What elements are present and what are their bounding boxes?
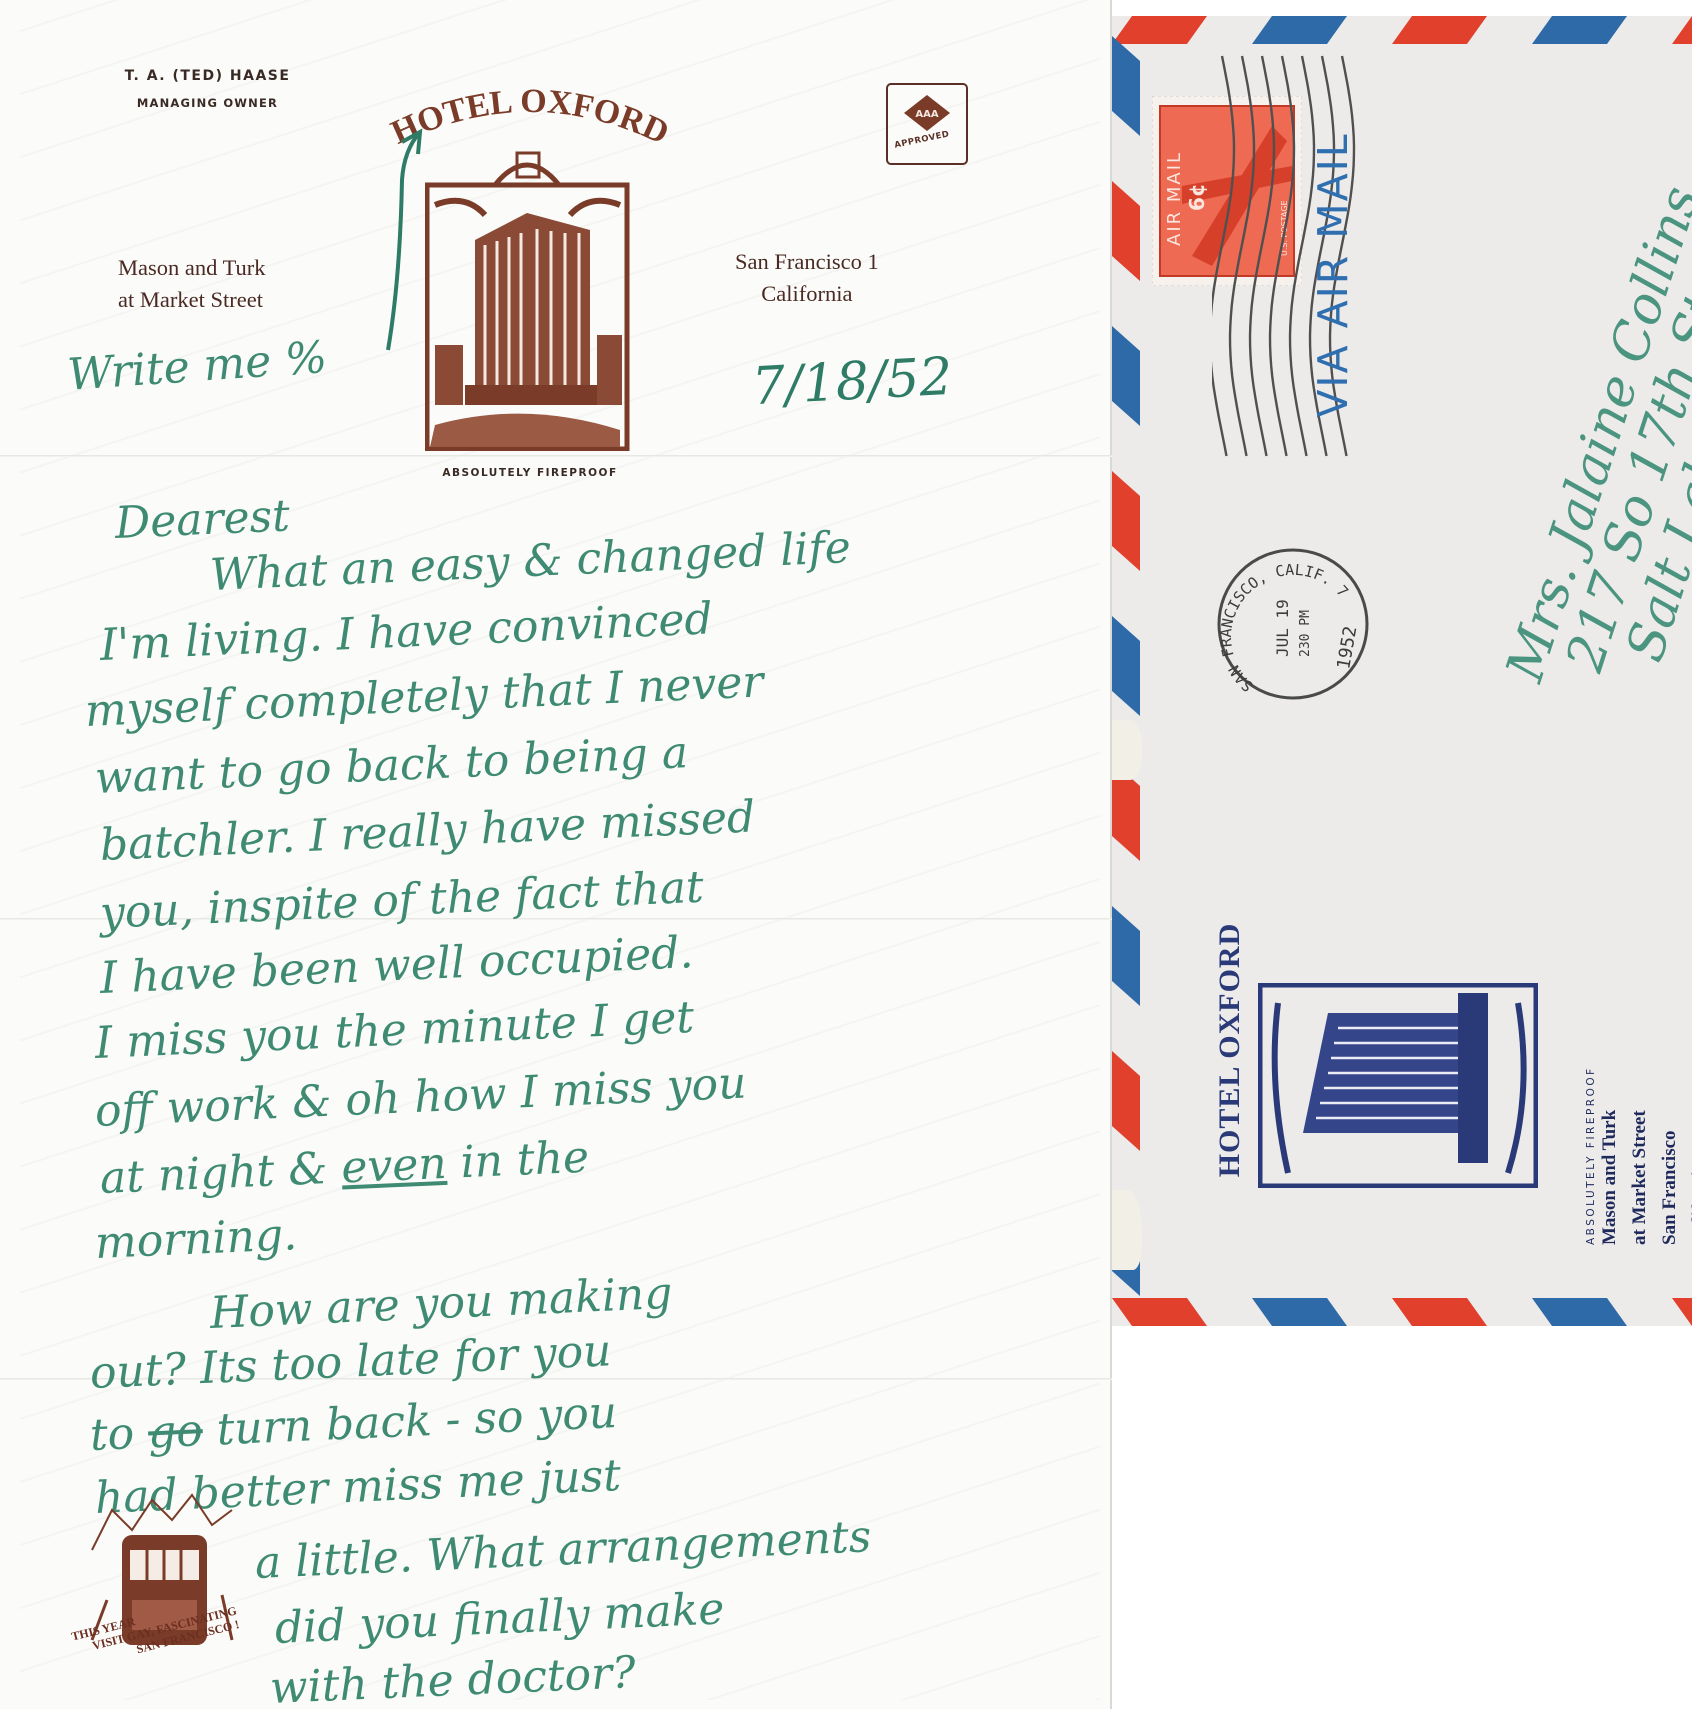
airmail-text: VIA AIR MAIL xyxy=(1309,132,1357,417)
owner-title: MANAGING OWNER xyxy=(110,96,305,110)
handwritten-line: you, inspite of the fact that xyxy=(99,862,705,939)
owner-block: T. A. (TED) HAASE MANAGING OWNER xyxy=(110,68,305,110)
handwritten-note: Write me % xyxy=(66,332,329,401)
torn-paper-edge xyxy=(1112,1190,1142,1270)
aaa-approved-badge: AAA APPROVED xyxy=(886,83,968,165)
return-line: San Francisco xyxy=(1659,1130,1681,1245)
svg-text:230 PM: 230 PM xyxy=(1298,610,1313,657)
aaa-diamond-icon: AAA xyxy=(888,85,966,163)
handwritten-line: out? Its too late for you xyxy=(89,1325,613,1399)
address-line: Mason and Turk xyxy=(118,252,266,284)
envelope-return-address: ABSOLUTELY FIREPROOF Mason and Turk at M… xyxy=(1585,985,1692,1245)
handwritten-line: want to go back to being a xyxy=(94,727,689,804)
envelope-building-illustration xyxy=(1258,983,1538,1188)
svg-text:6¢: 6¢ xyxy=(1185,183,1209,211)
handwritten-line: a little. What arrangements xyxy=(254,1511,872,1589)
handwritten-line: with the doctor? xyxy=(269,1647,637,1709)
handwritten-date: 7/18/52 xyxy=(751,347,954,417)
airmail-border-bottom xyxy=(1112,1298,1692,1326)
postmark: SAN FRANCISCO, CALIF. 7 JUL 19 230 PM 19… xyxy=(1214,545,1372,703)
recipient-address: Mrs. Jalaine Collins 217 So 17th St #3 S… xyxy=(1515,30,1692,710)
handwritten-arrow xyxy=(380,120,440,360)
address-line: California xyxy=(735,278,879,310)
torn-paper-edge xyxy=(1112,720,1142,780)
handwritten-line: myself completely that I never xyxy=(84,656,764,737)
handwritten-line: I miss you the minute I get xyxy=(94,992,695,1069)
address-line: San Francisco 1 xyxy=(735,246,879,278)
handwritten-line: I'm living. I have convinced xyxy=(99,593,714,671)
return-tagline: ABSOLUTELY FIREPROOF xyxy=(1585,1066,1597,1245)
hotel-address-right: San Francisco 1 California xyxy=(735,246,879,310)
envelope-hotel-name: HOTEL OXFORD xyxy=(1200,930,1260,1170)
return-line: Mason and Turk xyxy=(1599,1110,1621,1245)
return-line: at Market Street xyxy=(1629,1110,1651,1245)
handwritten-line: off work & oh how I miss you xyxy=(94,1058,748,1137)
address-line: at Market Street xyxy=(118,284,266,316)
handwritten-line: morning. xyxy=(94,1209,298,1269)
handwritten-line: to go turn back - so you xyxy=(89,1387,618,1461)
letter-sheet: T. A. (TED) HAASE MANAGING OWNER HOTEL O… xyxy=(0,0,1112,1709)
hotel-address-left: Mason and Turk at Market Street xyxy=(118,252,266,316)
svg-text:AIR MAIL: AIR MAIL xyxy=(1164,151,1185,246)
handwritten-line: What an easy & changed life xyxy=(209,522,852,601)
fold-line xyxy=(0,455,1112,457)
svg-text:AAA: AAA xyxy=(915,109,938,120)
greeting: Dearest xyxy=(114,490,291,549)
handwritten-line: did you finally make xyxy=(274,1583,725,1654)
envelope-hotel-name-text: HOTEL OXFORD xyxy=(1213,923,1247,1178)
svg-text:1952: 1952 xyxy=(1333,625,1361,671)
svg-text:JUL 19: JUL 19 xyxy=(1273,599,1292,657)
handwritten-line: batchler. I really have missed xyxy=(99,791,756,871)
owner-name: T. A. (TED) HAASE xyxy=(110,68,305,84)
airmail-border-left xyxy=(1112,16,1142,1326)
handwritten-line: at night & even in the xyxy=(99,1132,590,1204)
via-air-mail-label: VIA AIR MAIL xyxy=(1298,120,1368,430)
fireproof-tagline: ABSOLUTELY FIREPROOF xyxy=(420,467,640,479)
handwritten-line: I have been well occupied. xyxy=(99,927,694,1004)
hotel-building-illustration xyxy=(425,145,630,451)
